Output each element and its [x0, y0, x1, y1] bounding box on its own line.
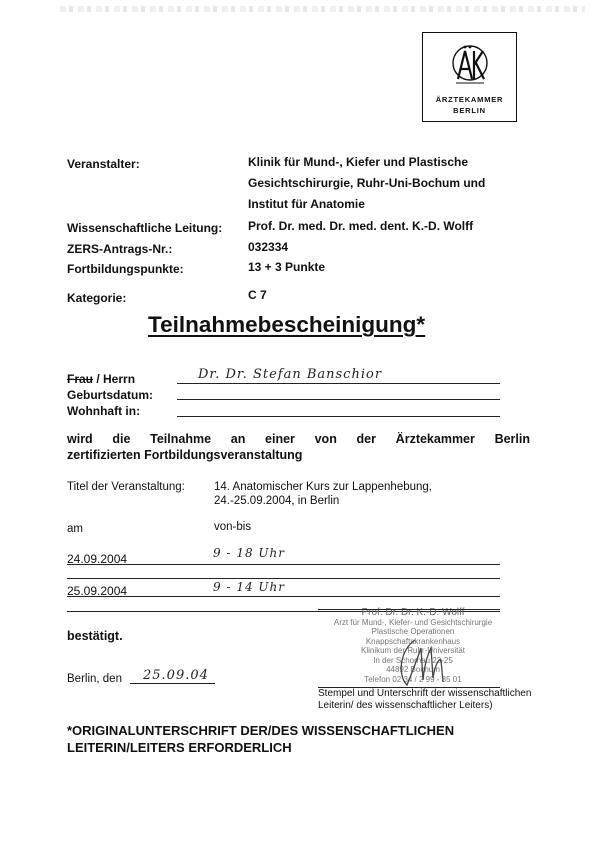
stamp-top-line	[318, 609, 500, 610]
scan-artifact-header	[60, 6, 585, 12]
ak-monogram-icon	[450, 43, 490, 89]
bestaetigt-text: bestätigt.	[67, 629, 123, 643]
footer-note-line1: *ORIGINALUNTERSCHRIFT DER/DES WISSENSCHA…	[67, 723, 454, 738]
signature-scribble-icon	[395, 630, 450, 690]
zers-value: 032334	[248, 240, 288, 254]
name-handwritten: Dr. Dr. Stefan Banschior	[198, 367, 382, 382]
stamp-caption-line1: Stempel und Unterschrift der wissenschaf…	[318, 688, 531, 699]
kategorie-label: Kategorie:	[67, 291, 126, 305]
berlin-den-label: Berlin, den	[67, 673, 122, 685]
schedule-time-2: 9 - 14 Uhr	[213, 580, 285, 594]
col-am-label: am	[67, 523, 83, 535]
col-vonbis-label: von-bis	[214, 521, 251, 533]
date-handwritten: 25.09.04	[143, 668, 209, 683]
wohnhaft-line	[177, 416, 500, 417]
stamp-line: Arzt für Mund-, Kiefer- und Gesichtschir…	[318, 618, 508, 628]
leitung-value: Prof. Dr. med. Dr. med. dent. K.-D. Wolf…	[248, 219, 473, 233]
zers-label: ZERS-Antrags-Nr.:	[67, 242, 172, 256]
geburtsdatum-line	[177, 399, 500, 400]
logo-line1: ÄRZTEKAMMER	[423, 95, 516, 104]
footer-note-line2: LEITERIN/LEITERS ERFORDERLICH	[67, 740, 292, 755]
salutation-struck: Frau	[67, 372, 93, 386]
veranstalter-line: Gesichtschirurgie, Ruhr-Uni-Bochum und	[248, 173, 485, 194]
stamp-caption-line2: Leiterin/ des wissenschaftlicher Leiters…	[318, 700, 493, 711]
punkte-value: 13 + 3 Punkte	[248, 260, 325, 274]
logo-line2: BERLIN	[423, 106, 516, 115]
veranstalter-label: Veranstalter:	[67, 157, 140, 171]
punkte-label: Fortbildungspunkte:	[67, 262, 184, 276]
geburtsdatum-label: Geburtsdatum:	[67, 388, 153, 402]
event-title-line2: 24.-25.09.2004, in Berlin	[214, 495, 339, 507]
kategorie-value: C 7	[248, 288, 267, 302]
page-title: Teilnahmebescheinigung*	[148, 312, 425, 338]
leitung-label: Wissenschaftliche Leitung:	[67, 221, 222, 235]
name-line	[177, 383, 500, 384]
statement-line1: wird die Teilnahme an einer von der Ärzt…	[67, 432, 530, 446]
aerztekammer-logo: ÄRZTEKAMMER BERLIN	[422, 32, 517, 122]
schedule-row-line	[67, 596, 500, 597]
veranstalter-value: Klinik für Mund-, Kiefer und Plastische …	[248, 152, 485, 215]
schedule-row-line	[67, 564, 500, 565]
schedule-time-1: 9 - 18 Uhr	[213, 546, 285, 560]
schedule-row-line	[67, 578, 500, 579]
event-title-label: Titel der Veranstaltung:	[67, 481, 185, 493]
event-title-line1: 14. Anatomischer Kurs zur Lappenhebung,	[214, 481, 432, 493]
salutation-herrn: / Herrn	[93, 372, 135, 386]
veranstalter-line: Institut für Anatomie	[248, 194, 485, 215]
salutation-label: Frau / Herrn	[67, 372, 135, 386]
date-line	[130, 683, 215, 684]
wohnhaft-label: Wohnhaft in:	[67, 404, 140, 418]
statement-line2: zertifizierten Fortbildungsveranstaltung	[67, 448, 302, 462]
veranstalter-line: Klinik für Mund-, Kiefer und Plastische	[248, 152, 485, 173]
